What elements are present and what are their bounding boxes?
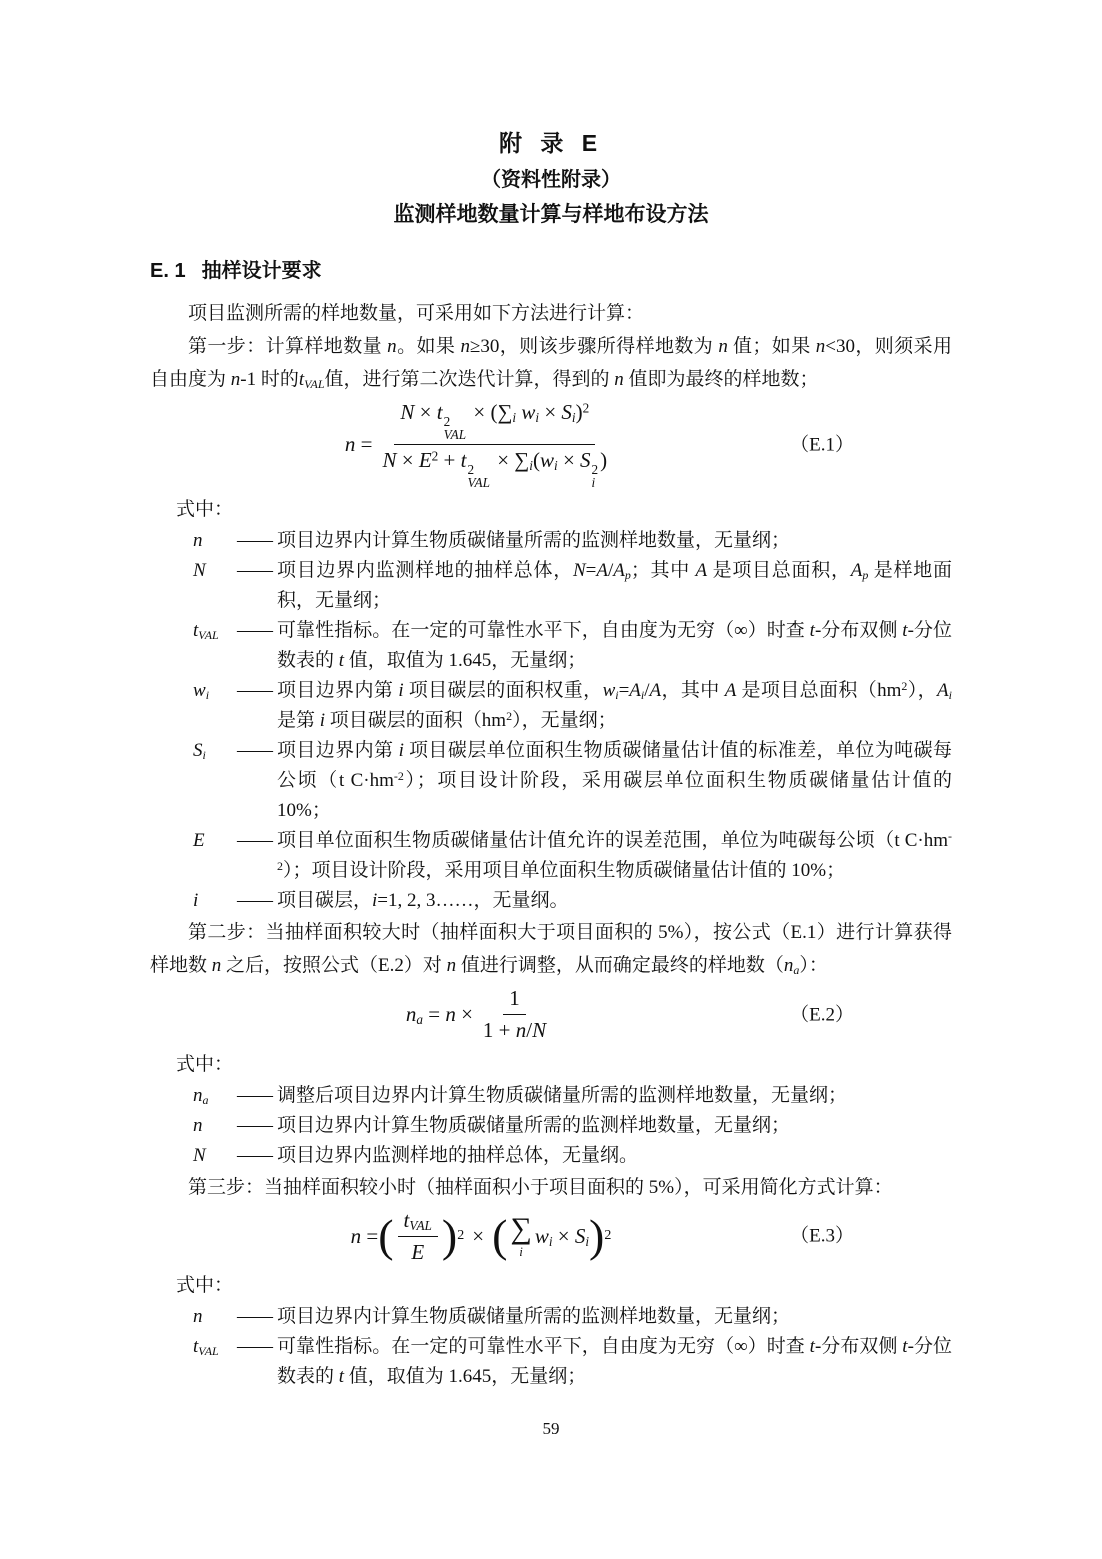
definition-dash: —— — [237, 556, 277, 586]
fraction-numerator: N × t2VAL × (∑i wi × Si)2 — [394, 400, 595, 445]
fraction-numerator: 1 — [503, 986, 526, 1015]
formula-e3-body: n = ( tVAL E ) 2 × ( ∑ i wi × Si ) 2 — [150, 1208, 812, 1265]
sigma-symbol: ∑ — [510, 1214, 531, 1244]
sum-body: wi × Si — [535, 1224, 589, 1249]
paragraph-step2: 第二步：当抽样面积较大时（抽样面积大于项目面积的 5%），按公式（E.1）进行计… — [150, 916, 952, 982]
paragraph-step1: 第一步：计算样地数量 n。如果 n≥30，则该步骤所得样地数为 n 值；如果 n… — [150, 330, 952, 396]
formula-e2-body: na = n × 1 1 + n/N — [150, 986, 812, 1043]
definition-row: N —— 项目边界内监测样地的抽样总体，无量纲。 — [150, 1141, 952, 1171]
definition-symbol: N — [193, 556, 237, 586]
times-sign: × — [472, 1224, 484, 1249]
definition-symbol: N — [193, 1141, 237, 1171]
appendix-note: （资料性附录） — [150, 166, 952, 194]
definition-row: tVAL —— 可靠性指标。在一定的可靠性水平下，自由度为无穷（∞）时查 t-分… — [150, 616, 952, 676]
definition-list-3: n —— 项目边界内计算生物质碳储量所需的监测样地数量，无量纲； tVAL ——… — [150, 1302, 952, 1392]
fraction: tVAL E — [398, 1208, 438, 1265]
definition-row: i —— 项目碳层，i=1, 2, 3……，无量纲。 — [150, 886, 952, 916]
definition-symbol: Si — [193, 736, 237, 766]
formula-e1-lhs: n = — [345, 432, 373, 457]
definition-row: wi —— 项目边界内第 i 项目碳层的面积权重，wi=Ai/A，其中 A 是项… — [150, 676, 952, 736]
definition-row: Si —— 项目边界内第 i 项目碳层单位面积生物质碳储量估计值的标准差，单位为… — [150, 736, 952, 826]
formula-e1-body: n = N × t2VAL × (∑i wi × Si)2 N × E2 + t… — [150, 400, 812, 489]
appendix-title: 监测样地数量计算与样地布设方法 — [150, 200, 952, 229]
definition-list-1: n —— 项目边界内计算生物质碳储量所需的监测样地数量，无量纲； N —— 项目… — [150, 526, 952, 916]
definition-dash: —— — [237, 1302, 277, 1332]
definition-symbol: n — [193, 526, 237, 556]
definition-dash: —— — [237, 616, 277, 646]
definition-text: 项目边界内监测样地的抽样总体，无量纲。 — [277, 1141, 952, 1171]
sigma-index: i — [519, 1245, 523, 1258]
definition-text: 可靠性指标。在一定的可靠性水平下，自由度为无穷（∞）时查 t-分布双侧 t-分位… — [277, 616, 952, 676]
fraction: N × t2VAL × (∑i wi × Si)2 N × E2 + t2VAL… — [376, 400, 613, 489]
definition-row: N —— 项目边界内监测样地的抽样总体，N=A/Ap；其中 A 是项目总面积，A… — [150, 556, 952, 616]
definition-text: 项目碳层，i=1, 2, 3……，无量纲。 — [277, 886, 952, 916]
definition-symbol: i — [193, 886, 237, 916]
where-label-3: 式中： — [150, 1269, 952, 1302]
appendix-label: 附 录 E — [150, 128, 952, 158]
fraction-denominator: E — [405, 1237, 430, 1265]
formula-label-e1: （E.1） — [790, 435, 854, 454]
section-heading: E. 1抽样设计要求 — [150, 257, 952, 285]
definition-dash: —— — [237, 736, 277, 766]
definition-symbol: wi — [193, 676, 237, 706]
definition-text: 项目边界内计算生物质碳储量所需的监测样地数量，无量纲； — [277, 1111, 952, 1141]
paragraph-step3: 第三步：当抽样面积较小时（抽样面积小于项目面积的 5%），可采用简化方式计算： — [150, 1171, 952, 1204]
definition-symbol: na — [193, 1081, 237, 1111]
definition-dash: —— — [237, 1332, 277, 1362]
formula-e3-lhs: n = — [351, 1224, 379, 1249]
definition-dash: —— — [237, 1111, 277, 1141]
definition-row: na —— 调整后项目边界内计算生物质碳储量所需的监测样地数量，无量纲； — [150, 1081, 952, 1111]
definition-row: n —— 项目边界内计算生物质碳储量所需的监测样地数量，无量纲； — [150, 1111, 952, 1141]
fraction-numerator: tVAL — [398, 1208, 438, 1237]
where-label-1: 式中： — [150, 493, 952, 526]
definition-text: 项目边界内计算生物质碳储量所需的监测样地数量，无量纲； — [277, 526, 952, 556]
formula-e3: n = ( tVAL E ) 2 × ( ∑ i wi × Si ) 2 （E.… — [150, 1204, 952, 1269]
definition-text: 项目边界内计算生物质碳储量所需的监测样地数量，无量纲； — [277, 1302, 952, 1332]
formula-label-e3: （E.3） — [790, 1227, 854, 1246]
definition-text: 项目边界内监测样地的抽样总体，N=A/Ap；其中 A 是项目总面积，Ap 是样地… — [277, 556, 952, 616]
definition-row: n —— 项目边界内计算生物质碳储量所需的监测样地数量，无量纲； — [150, 1302, 952, 1332]
definition-dash: —— — [237, 676, 277, 706]
definition-dash: —— — [237, 886, 277, 916]
section-title: 抽样设计要求 — [202, 260, 322, 282]
definition-dash: —— — [237, 1081, 277, 1111]
fraction-denominator: N × E2 + t2VAL × ∑i(wi × S2i) — [376, 445, 613, 489]
definition-text: 项目单位面积生物质碳储量估计值允许的误差范围，单位为吨碳每公顷（t C·hm-2… — [277, 826, 952, 886]
document-page: 附 录 E （资料性附录） 监测样地数量计算与样地布设方法 E. 1抽样设计要求… — [0, 0, 1102, 1559]
formula-label-e2: （E.2） — [790, 1005, 854, 1024]
where-label-2: 式中： — [150, 1048, 952, 1081]
fraction-denominator: 1 + n/N — [477, 1015, 552, 1043]
definition-text: 项目边界内第 i 项目碳层的面积权重，wi=Ai/A，其中 A 是项目总面积（h… — [277, 676, 952, 736]
summation: ∑ i — [510, 1214, 531, 1258]
section-number: E. 1 — [150, 260, 186, 282]
definition-text: 调整后项目边界内计算生物质碳储量所需的监测样地数量，无量纲； — [277, 1081, 952, 1111]
definition-text: 项目边界内第 i 项目碳层单位面积生物质碳储量估计值的标准差，单位为吨碳每公顷（… — [277, 736, 952, 826]
page-number: 59 — [0, 1420, 1102, 1437]
definition-row: E —— 项目单位面积生物质碳储量估计值允许的误差范围，单位为吨碳每公顷（t C… — [150, 826, 952, 886]
definition-dash: —— — [237, 526, 277, 556]
definition-symbol: tVAL — [193, 616, 237, 646]
definition-list-2: na —— 调整后项目边界内计算生物质碳储量所需的监测样地数量，无量纲； n —… — [150, 1081, 952, 1171]
definition-symbol: E — [193, 826, 237, 856]
formula-e2-lhs: na = n × — [406, 1002, 473, 1027]
formula-e1: n = N × t2VAL × (∑i wi × Si)2 N × E2 + t… — [150, 396, 952, 493]
fraction: 1 1 + n/N — [477, 986, 552, 1043]
definition-dash: —— — [237, 1141, 277, 1171]
paragraph-intro: 项目监测所需的样地数量，可采用如下方法进行计算： — [150, 297, 952, 330]
definition-symbol: n — [193, 1302, 237, 1332]
definition-dash: —— — [237, 826, 277, 856]
definition-row: n —— 项目边界内计算生物质碳储量所需的监测样地数量，无量纲； — [150, 526, 952, 556]
definition-row: tVAL —— 可靠性指标。在一定的可靠性水平下，自由度为无穷（∞）时查 t-分… — [150, 1332, 952, 1392]
definition-symbol: tVAL — [193, 1332, 237, 1362]
formula-e2: na = n × 1 1 + n/N （E.2） — [150, 982, 952, 1047]
definition-text: 可靠性指标。在一定的可靠性水平下，自由度为无穷（∞）时查 t-分布双侧 t-分位… — [277, 1332, 952, 1392]
definition-symbol: n — [193, 1111, 237, 1141]
